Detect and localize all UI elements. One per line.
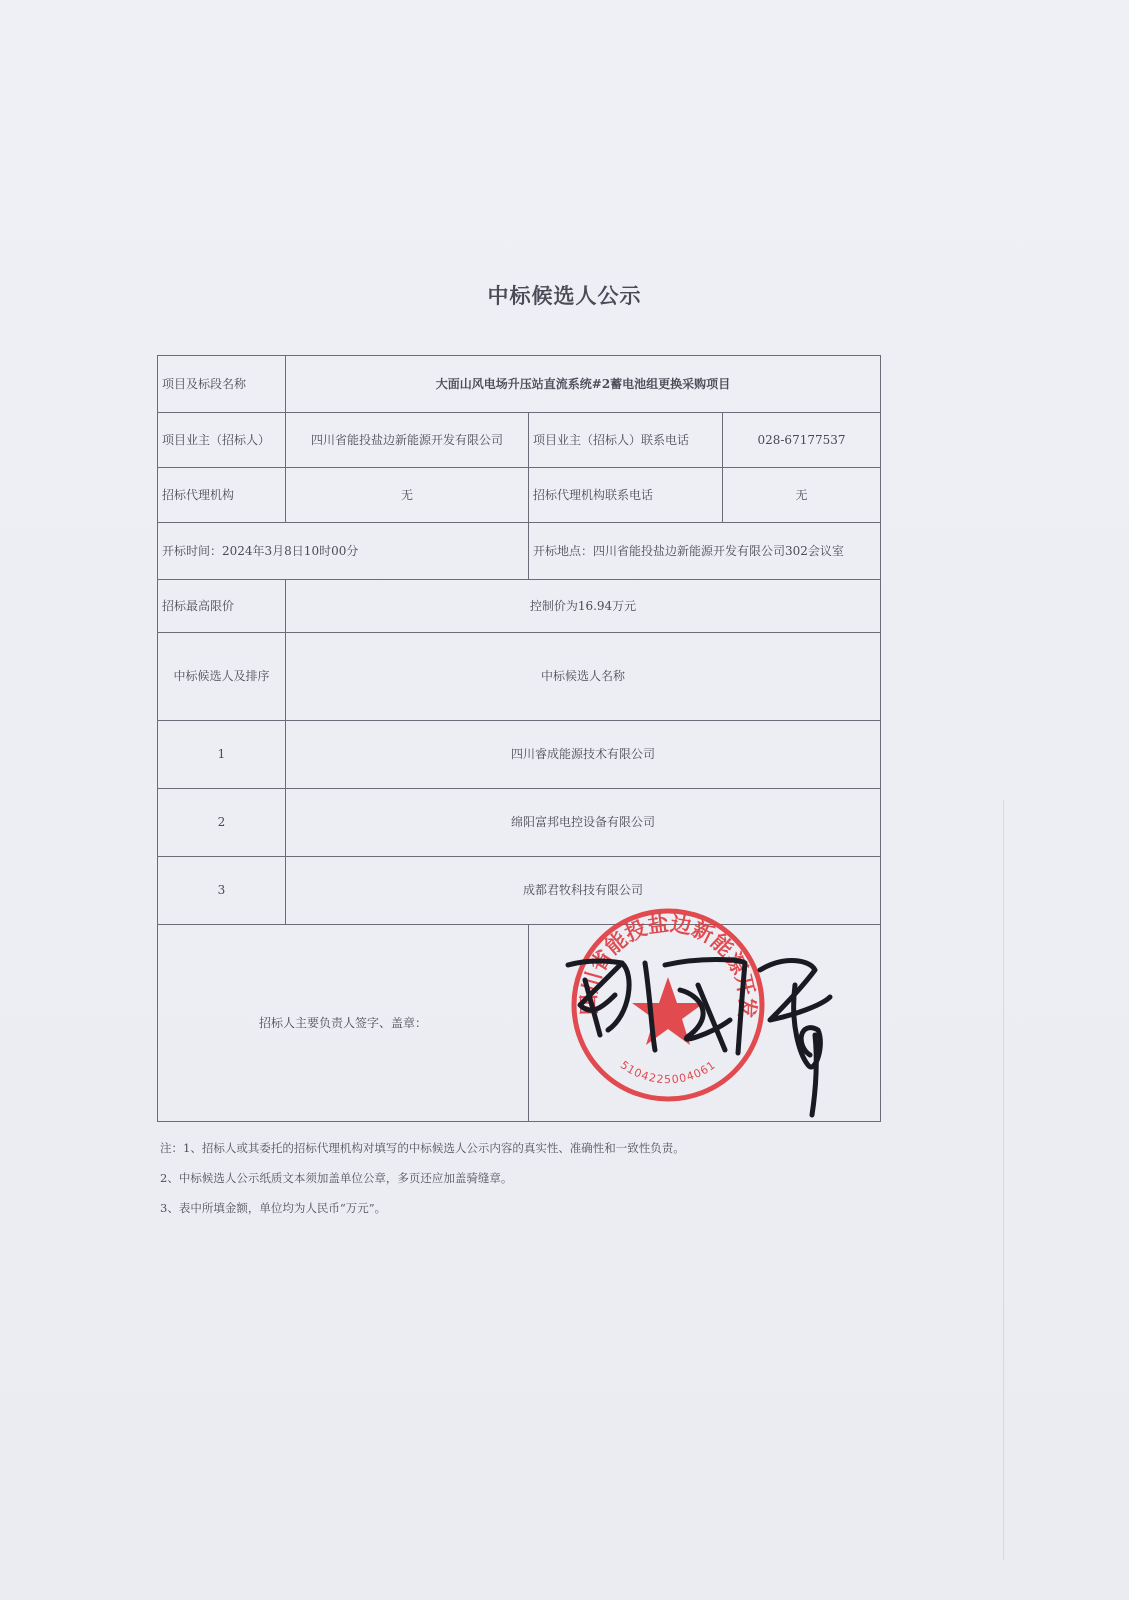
document-title: 中标候选人公示	[0, 280, 1129, 310]
candidate-row: 1 四川睿成能源技术有限公司	[158, 721, 881, 789]
candidate-row: 3 成都君牧科技有限公司	[158, 857, 881, 925]
agency-phone-label: 招标代理机构联系电话	[529, 468, 723, 523]
project-name-value: 大面山风电场升压站直流系统#2蓄电池组更换采购项目	[286, 356, 881, 413]
signature-label: 招标人主要负责人签字、盖章：	[158, 925, 529, 1122]
row-max-price: 招标最高限价 控制价为16.94万元	[158, 580, 881, 633]
signature-text: 邓国彬	[560, 935, 563, 936]
max-price-label: 招标最高限价	[158, 580, 286, 633]
opening-place: 开标地点：四川省能投盐边新能源开发有限公司302会议室	[529, 523, 881, 580]
candidate-name: 四川睿成能源技术有限公司	[286, 721, 881, 789]
opening-time: 开标时间：2024年3月8日10时00分	[158, 523, 529, 580]
candidate-row: 2 绵阳富邦电控设备有限公司	[158, 789, 881, 857]
name-header: 中标候选人名称	[286, 633, 881, 721]
row-candidate-header: 中标候选人及排序 中标候选人名称	[158, 633, 881, 721]
candidate-rank: 2	[158, 789, 286, 857]
owner-label: 项目业主（招标人）	[158, 413, 286, 468]
candidate-name: 绵阳富邦电控设备有限公司	[286, 789, 881, 857]
owner-phone-value: 028-67177537	[723, 413, 881, 468]
agency-value: 无	[286, 468, 529, 523]
note-2: 2、中标候选人公示纸质文本须加盖单位公章，多页还应加盖骑缝章。	[160, 1163, 685, 1193]
row-opening: 开标时间：2024年3月8日10时00分 开标地点：四川省能投盐边新能源开发有限…	[158, 523, 881, 580]
row-agency: 招标代理机构 无 招标代理机构联系电话 无	[158, 468, 881, 523]
document-page: 中标候选人公示 项目及标段名称 大面山风电场升压站直流系统#2蓄电池组更换采购项…	[0, 0, 1129, 1600]
owner-value: 四川省能投盐边新能源开发有限公司	[286, 413, 529, 468]
agency-phone-value: 无	[723, 468, 881, 523]
candidate-rank: 3	[158, 857, 286, 925]
note-1: 注：1、招标人或其委托的招标代理机构对填写的中标候选人公示内容的真实性、准确性和…	[160, 1133, 685, 1163]
max-price-value: 控制价为16.94万元	[286, 580, 881, 633]
rank-header: 中标候选人及排序	[158, 633, 286, 721]
row-owner: 项目业主（招标人） 四川省能投盐边新能源开发有限公司 项目业主（招标人）联系电话…	[158, 413, 881, 468]
agency-label: 招标代理机构	[158, 468, 286, 523]
scan-edge-line	[1003, 800, 1004, 1560]
owner-phone-label: 项目业主（招标人）联系电话	[529, 413, 723, 468]
project-name-label: 项目及标段名称	[158, 356, 286, 413]
candidate-rank: 1	[158, 721, 286, 789]
handwritten-signature: 邓国彬	[560, 935, 850, 1125]
row-project-name: 项目及标段名称 大面山风电场升压站直流系统#2蓄电池组更换采购项目	[158, 356, 881, 413]
note-3: 3、表中所填金额，单位均为人民币“万元”。	[160, 1193, 685, 1223]
notes-section: 注：1、招标人或其委托的招标代理机构对填写的中标候选人公示内容的真实性、准确性和…	[160, 1133, 685, 1223]
